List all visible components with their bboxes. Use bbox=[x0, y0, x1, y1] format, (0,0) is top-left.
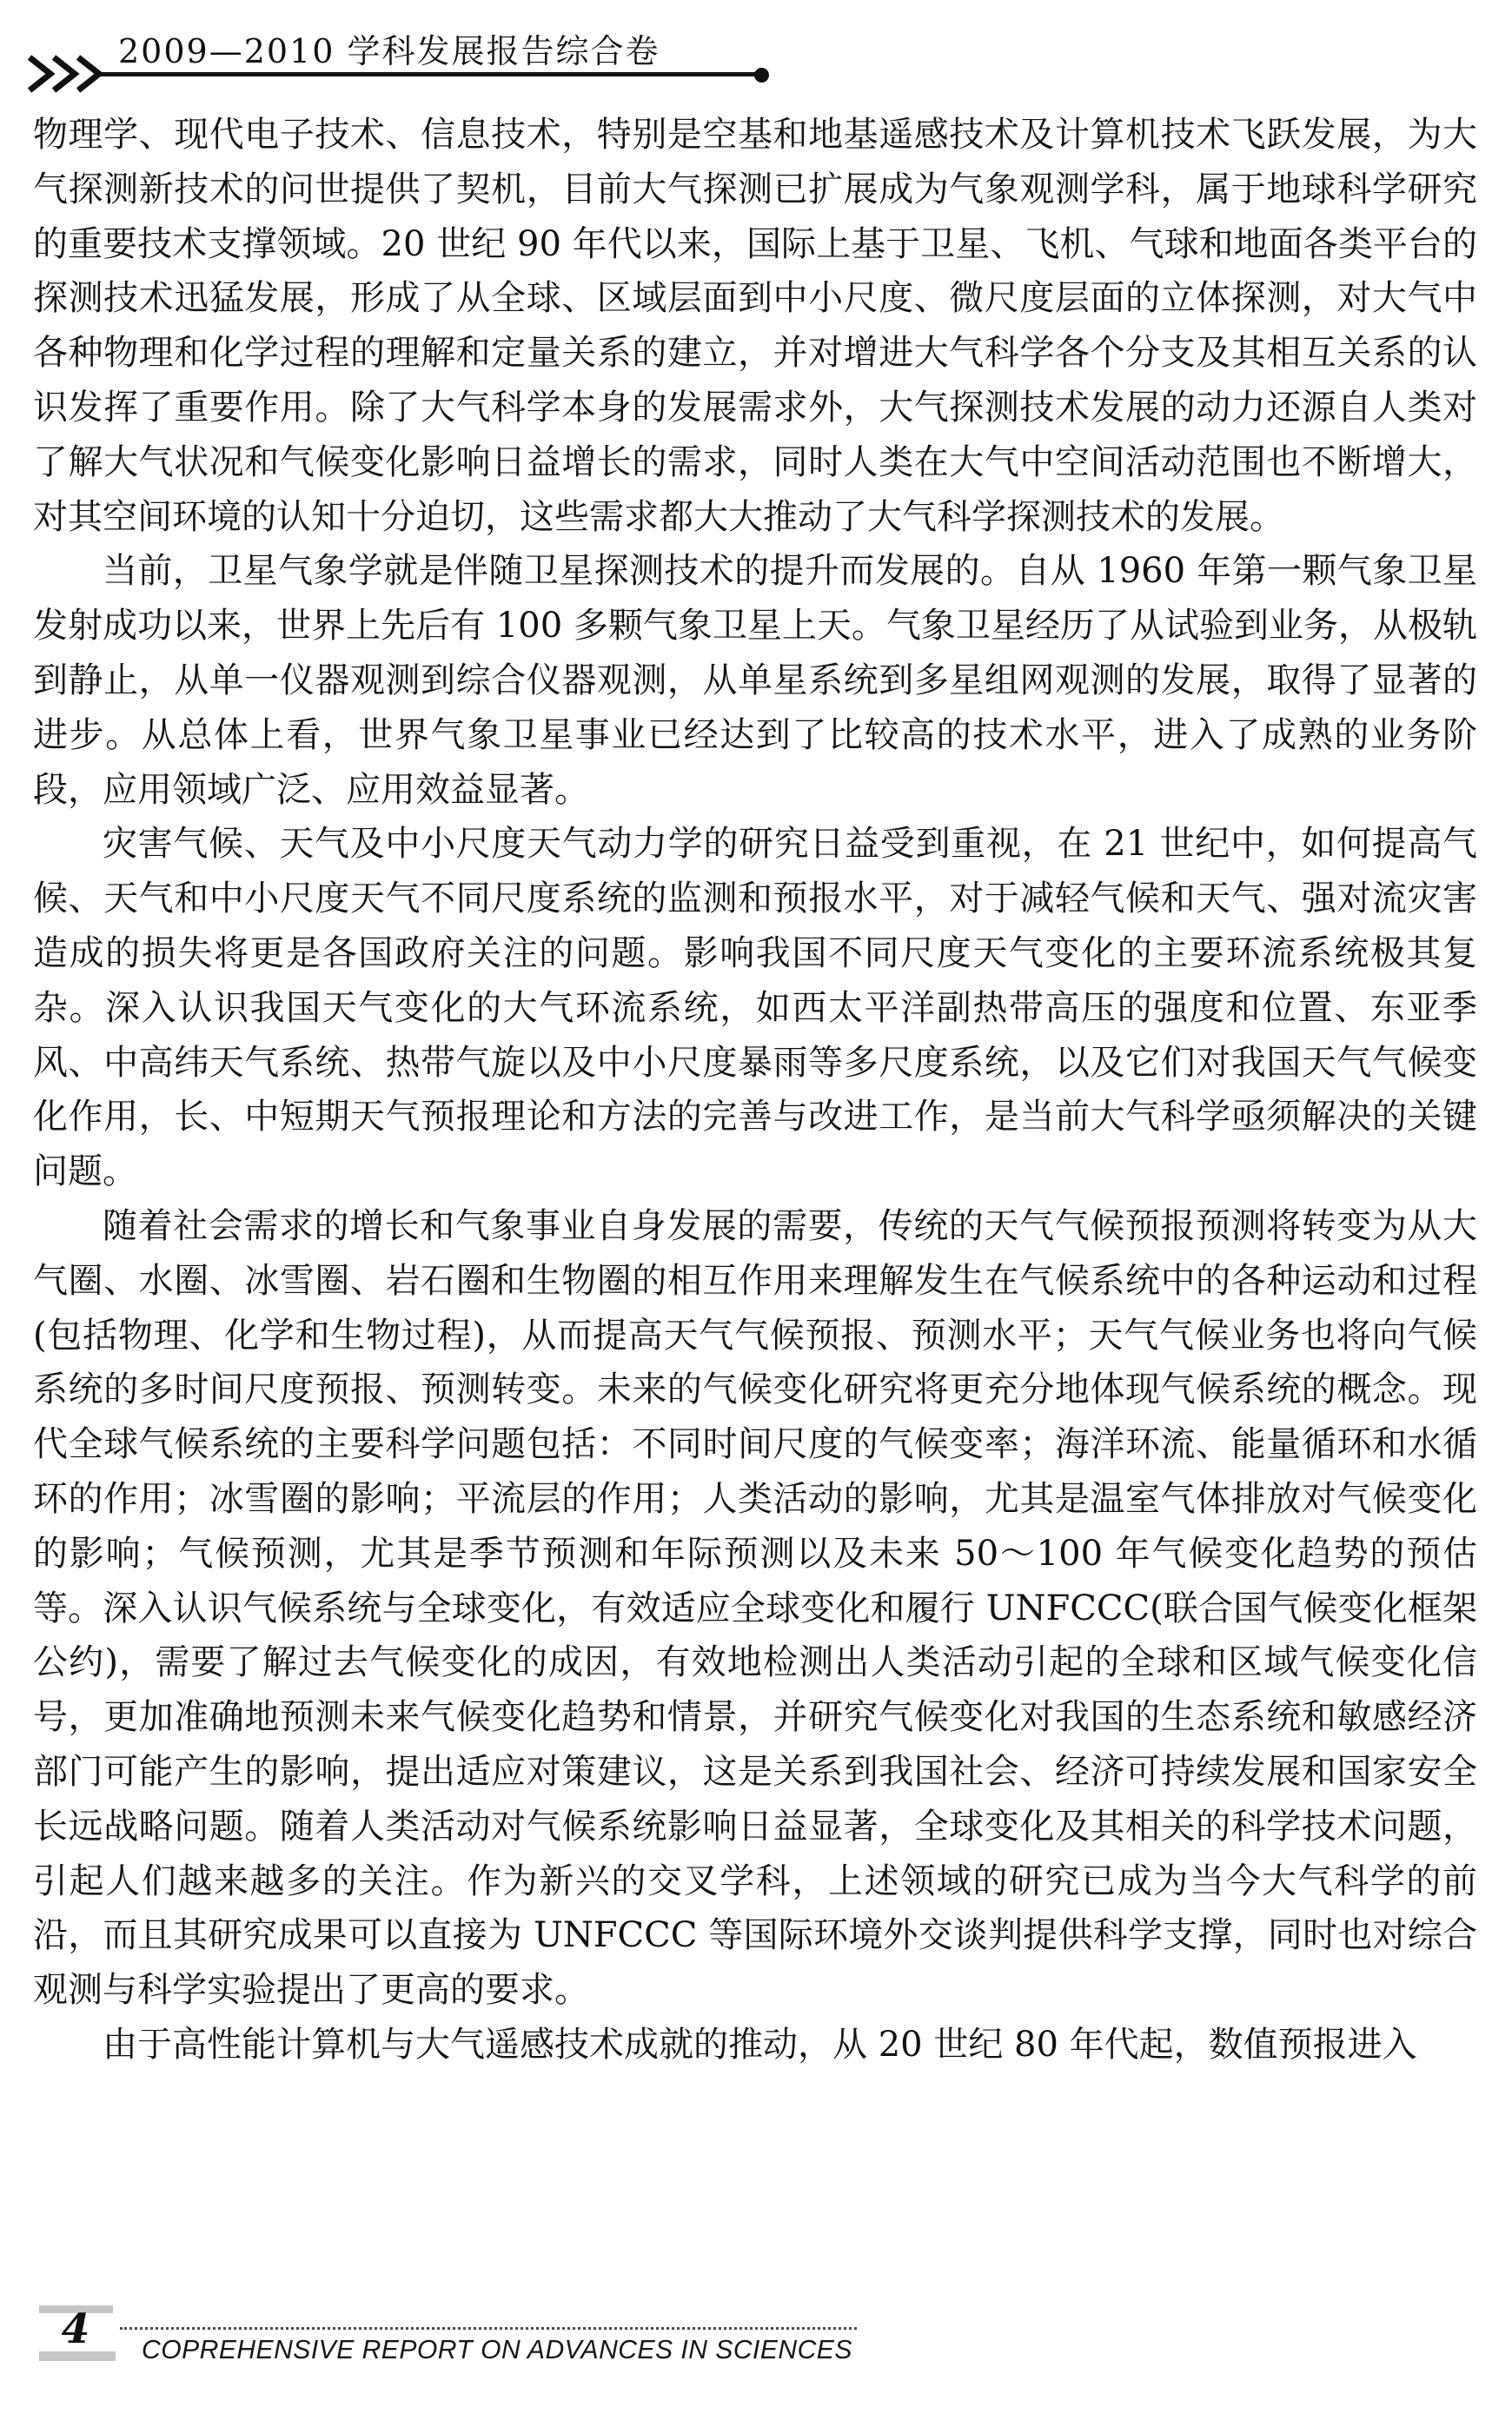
paragraph: 物理学、现代电子技术、信息技术，特别是空基和地基遥感技术及计算机技术飞跃发展，为… bbox=[33, 108, 1477, 544]
footer-dotted-rule bbox=[120, 2327, 857, 2330]
paragraph: 当前，卫星气象学就是伴随卫星探测技术的提升而发展的。自从 1960 年第一颗气象… bbox=[33, 544, 1477, 817]
page-number-bottom-bar bbox=[39, 2351, 116, 2361]
footer-journal-title: COPREHENSIVE REPORT ON ADVANCES IN SCIEN… bbox=[142, 2335, 852, 2364]
paragraph: 随着社会需求的增长和气象事业自身发展的需要，传统的天气气候预报预测将转变为从大气… bbox=[33, 1199, 1477, 2018]
paragraph: 灾害气候、天气及中小尺度天气动力学的研究日益受到重视，在 21 世纪中，如何提高… bbox=[33, 817, 1477, 1199]
triple-chevron-right-icon bbox=[26, 54, 106, 97]
page-number: 4 bbox=[49, 2308, 103, 2351]
page-header-title: 2009—2010 学科发展报告综合卷 bbox=[118, 33, 660, 70]
header-rule-end-dot bbox=[754, 68, 769, 83]
body-text: 物理学、现代电子技术、信息技术，特别是空基和地基遥感技术及计算机技术飞跃发展，为… bbox=[33, 108, 1477, 2072]
document-page: 2009—2010 学科发展报告综合卷 物理学、现代电子技术、信息技术，特别是空… bbox=[0, 0, 1512, 2414]
header-rule bbox=[99, 72, 757, 76]
paragraph: 由于高性能计算机与大气遥感技术成就的推动，从 20 世纪 80 年代起，数值预报… bbox=[33, 2018, 1477, 2072]
